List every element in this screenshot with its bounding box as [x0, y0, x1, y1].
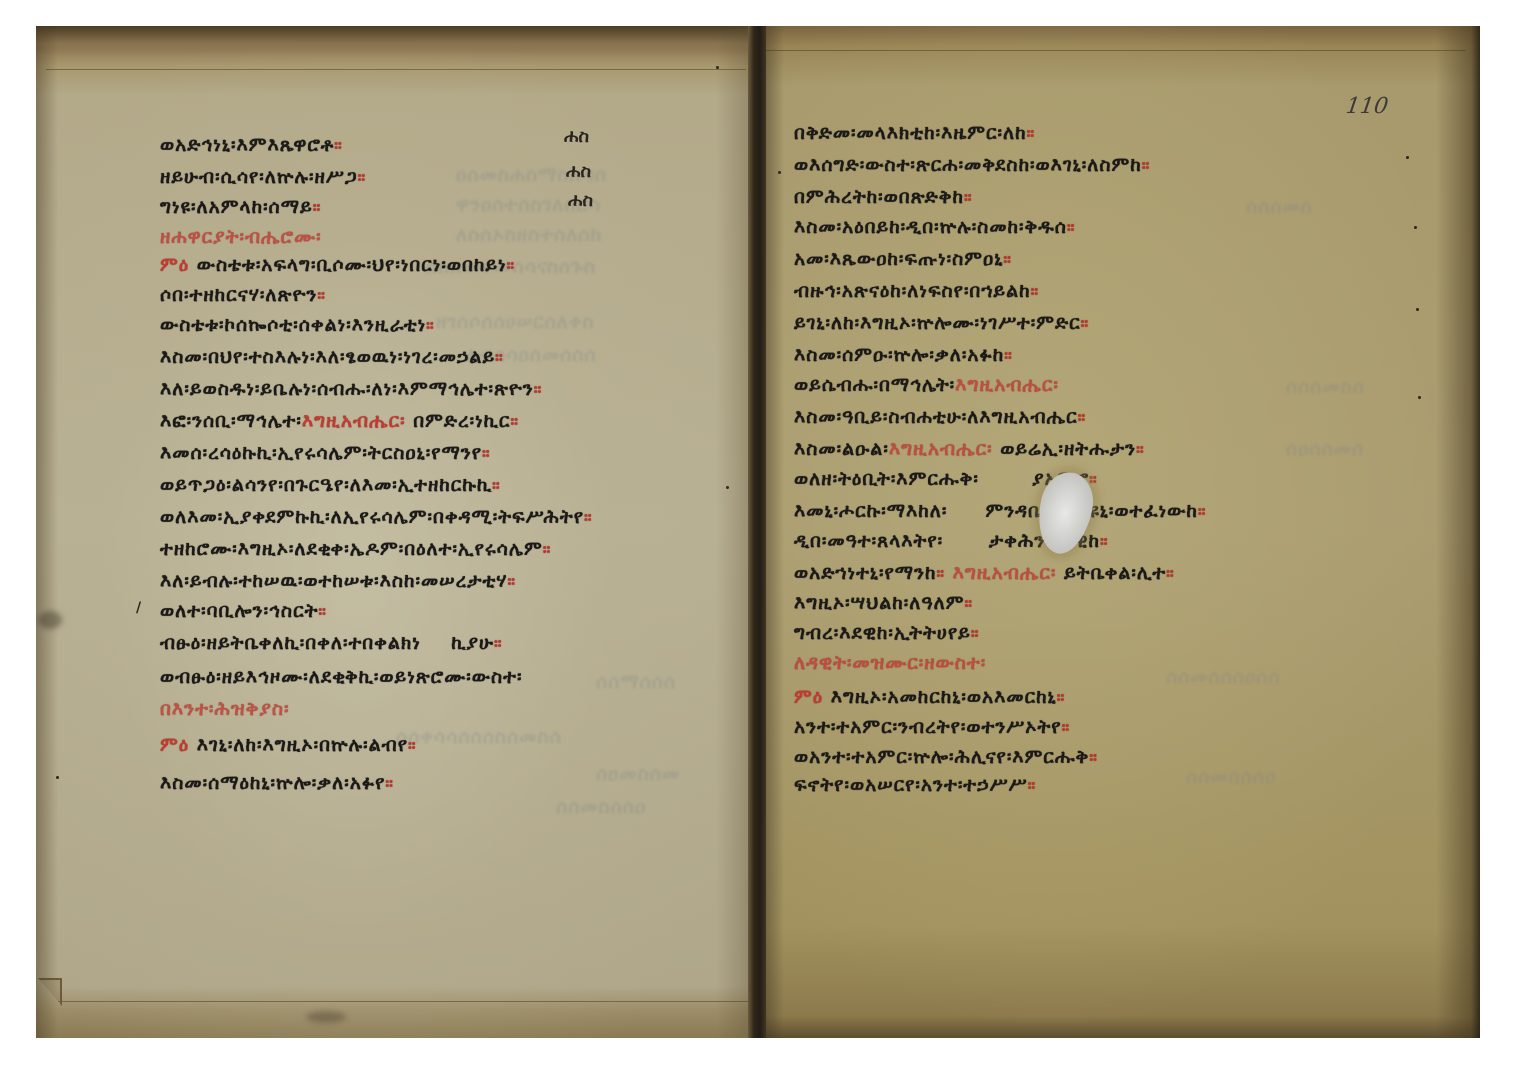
- text-line: እለ፡ይብሉ፡ተከሠዉ፡ወተከሠቱ፡እስከ፡መሠረታቲሃ።: [160, 570, 516, 592]
- speck: [56, 776, 59, 779]
- right-page: ሰሰሰመሰ ሰሰሰመስሰ ሰዐሰሰመሰ ሰሰመሰሰሰዐሰሰ ሰሰመሰሰሰዐ በቅ…: [766, 26, 1480, 1038]
- bleed-through-text: ሰሰመስሰሰዐ: [556, 796, 646, 818]
- speck: [1406, 156, 1409, 159]
- bleed-through-text: ዐሰመስሐስማስአዳሰ: [456, 164, 607, 186]
- text-line: ብዙኅ፡አጽናዕከ፡ለነፍስየ፡በኀይልከ።: [794, 280, 1039, 302]
- ruling-line-top: [46, 69, 746, 70]
- text-line: እለ፡ይወስዱነ፡ይቤሉነ፡ሰብሑ፡ለነ፡እምማኅሌተ፡ጽዮን።: [160, 378, 542, 400]
- bleed-through-text: ሰሰቀሳሳሰሰሰስሰመስሰ: [396, 726, 562, 748]
- text-line: ወይሴብሑ፡በማኅሌት፡እግዚአብሔር፡: [794, 374, 1059, 396]
- speck: [726, 486, 729, 489]
- text-line: ወብፁዕ፡ዘይእኅዞሙ፡ለደቂቅኪ፡ወይነጽሮሙ፡ውስተ፡: [160, 666, 522, 688]
- speck: [1418, 396, 1421, 399]
- text-line: ወለእመ፡ኢያቀደምኩኪ፡ለኢየሩሳሌም፡በቀዳሚ፡ትፍሥሕትየ።: [160, 506, 593, 528]
- text-line: እስመ፡ሰምዑ፡ኵሎ፡ቃለ፡አፉከ።: [794, 344, 1013, 366]
- bleed-through-text: ለስሰኦስዘስተሰለሰከ: [456, 224, 602, 246]
- text-line: ወአድኅነኒ፡እምእጼዋሮቶ።: [160, 134, 343, 156]
- text-line: አመ፡እጼውዐከ፡ፍጡነ፡ስምዐኒ።: [794, 248, 1012, 270]
- text-line: ይገኒ፡ለከ፡እግዚኦ፡ኵሎሙ፡ነገሥተ፡ምድር።: [794, 312, 1089, 334]
- bleed-through-text: ሰሰመሰሰሰዐ: [1186, 766, 1276, 788]
- bleed-through-text: ለብሰሳዐሰመሰሰሰ: [466, 344, 597, 366]
- text-line: በምሕረትከ፡ወበጽድቅከ።: [794, 186, 973, 208]
- text-line: ምዕ እግዚኦ፡አመከርከኒ፡ወአእመርከኒ።: [794, 686, 1065, 708]
- bleed-through-text: ሰዐሰሰመሰ: [1286, 438, 1364, 460]
- text-line: እመኒ፡ሖርኩ፡ማእከለ፡ ምንዳቤየ፡ተሐዩኒ፡ወተፈነውከ።: [794, 500, 1206, 522]
- text-line: ወይጥጋዕ፡ልሳንየ፡በጉርዔየ፡ለእመ፡ኢተዘከርኩኪ።: [160, 474, 501, 496]
- margin-note: ሐስ: [566, 161, 591, 182]
- text-line: እፎ፡ንሰቢ፡ማኅሌተ፡እግዚአብሔር፡ በምድረ፡ነኪር።: [160, 410, 519, 432]
- text-line: እስመ፡ሰማዕከኒ፡ኵሎ፡ቃለ፡አፉየ።: [160, 772, 394, 794]
- bleed-through-text: ሰሰመሰሰሰዐሰሰ: [1166, 666, 1281, 688]
- ruling-line-top: [766, 50, 1466, 51]
- text-line: እስመ፡ልዑል፡እግዚአብሔር፡ ወይሬኢ፡ዘትሑታን።: [794, 438, 1145, 460]
- speck: [1414, 226, 1417, 229]
- text-line: ምዕ ውስቴቱ፡አፍላግ፡ቢሶሙ፡ህየ፡ነበርነ፡ወበከይነ።: [160, 254, 515, 276]
- text-line: ዘይሁብ፡ሲሳየ፡ለኵሉ፡ዘሥጋ።: [160, 166, 366, 188]
- book-gutter: [748, 26, 768, 1038]
- left-page: ዐሰመስሐስማስአዳሰ ዋንዐሰተሰስገለስሮሳ ለስሰኦስዘስተሰለሰከ ሰስ…: [36, 26, 752, 1038]
- ink-stain: [38, 611, 62, 629]
- text-line: ወለተ፡ባቢሎን፡ኅስርት።: [160, 600, 327, 622]
- bleed-through-text: ሰሰሰመስሰ: [1286, 376, 1365, 398]
- folio-number: 110: [1344, 94, 1390, 119]
- margin-note: ሐስ: [568, 190, 593, 211]
- rubric-heading: ዘሐዋርያት፡ብሔሮሙ፡: [160, 226, 322, 248]
- manuscript-spread: ዐሰመስሐስማስአዳሰ ዋንዐሰተሰስገለስሮሳ ለስሰኦስዘስተሰለሰከ ሰስ…: [36, 26, 1480, 1038]
- bleed-through-text: ሰሰማሰሰሰ: [596, 671, 676, 693]
- bleed-through-text: ዋንዐሰተሰስገለስሮሳ: [456, 194, 601, 216]
- text-line: ፍኖትየ፡ወአሠርየ፡አንተ፡ተኃሥሥ።: [794, 774, 1036, 796]
- text-line: ግነዩ፡ለአምላከ፡ሰማይ።: [160, 196, 321, 218]
- text-line: ሶበ፡ተዘከርናሃ፡ለጽዮን።: [160, 284, 326, 306]
- speck: [1416, 308, 1419, 311]
- bleed-through-text: ሰሰሰመሰ: [1246, 196, 1313, 218]
- rubric-heading: ለዳዊት፡መዝሙር፡ዘውስተ፡: [794, 652, 986, 674]
- margin-tick: /: [136, 600, 141, 616]
- text-line: ተዘከሮሙ፡እግዚኦ፡ለደቂቀ፡ኤዶም፡በዕለተ፡ኢየሩሳሌም።: [160, 538, 551, 560]
- folded-corner: [38, 978, 62, 1006]
- text-line: አንተ፡ተአምር፡ንብረትየ፡ወተንሥኦትየ።: [794, 716, 1070, 738]
- text-line: እስመ፡ዓቢይ፡ስብሐቲሁ፡ለእግዚአብሔር።: [794, 406, 1086, 428]
- text-line: እስመ፡አዕበይከ፡ዲበ፡ኵሉ፡ስመከ፡ቅዱሰ።: [794, 216, 1075, 238]
- bleed-through-text: ሰስሰመቀመሰሳናስሰጉስ: [426, 256, 596, 278]
- text-line: እግዚኦ፡ሣህልከ፡ለዓለም።: [794, 592, 973, 614]
- text-line: ወእሰግድ፡ውስተ፡ጽርሐ፡መቅደስከ፡ወእገኒ፡ለስምከ።: [794, 154, 1150, 176]
- ink-stain: [306, 1011, 346, 1023]
- text-line: ውስቴቱ፡ኮሰኰሶቲ፡ሰቀልነ፡እንዚራቲነ።: [160, 314, 435, 336]
- text-line: ግብረ፡እደዊከ፡ኢትትሀየይ።: [794, 622, 979, 644]
- ruling-line-bottom: [58, 1001, 748, 1002]
- rubric-heading: በእንተ፡ሕዝቅያስ፡: [160, 698, 289, 720]
- text-line: ብፁዕ፡ዘይትቤቀለኪ፡በቀለ፡ተበቀልክነ ኪያሁ።: [160, 632, 502, 654]
- text-line: በቅድመ፡መላእክቲከ፡እዜምር፡ለከ።: [794, 122, 1035, 144]
- text-line: እስመ፡በህየ፡ተስእሉነ፡እለ፡ፄወዉነ፡ነገረ፡መኃልይ።: [160, 346, 504, 368]
- bleed-through-text: ሰዐመስሰመ: [596, 763, 680, 785]
- text-line: ወአድኀነተኒ፡የማንከ። እግዚአብሔር፡ ይትቤቀል፡ሊተ።: [794, 562, 1175, 584]
- text-line: ምዕ እገኒ፡ለከ፡እግዚኦ፡በኵሉ፡ልብየ።: [160, 734, 417, 756]
- speck: [778, 171, 781, 174]
- speck: [716, 66, 719, 69]
- margin-note: ሐስ: [564, 126, 589, 147]
- bleed-through-text: ዘገሰሶሰሰሀሠርሰለቀስ: [436, 311, 595, 333]
- top-edge-stain: [36, 26, 752, 56]
- text-line: እመሰ፡ረሳዕኩኪ፡ኢየሩሳሌም፡ትርስዐኒ፡የማንየ።: [160, 442, 491, 464]
- text-line: ወአንተ፡ተአምር፡ኵሎ፡ሕሊናየ፡እምርሑቅ።: [794, 746, 1098, 768]
